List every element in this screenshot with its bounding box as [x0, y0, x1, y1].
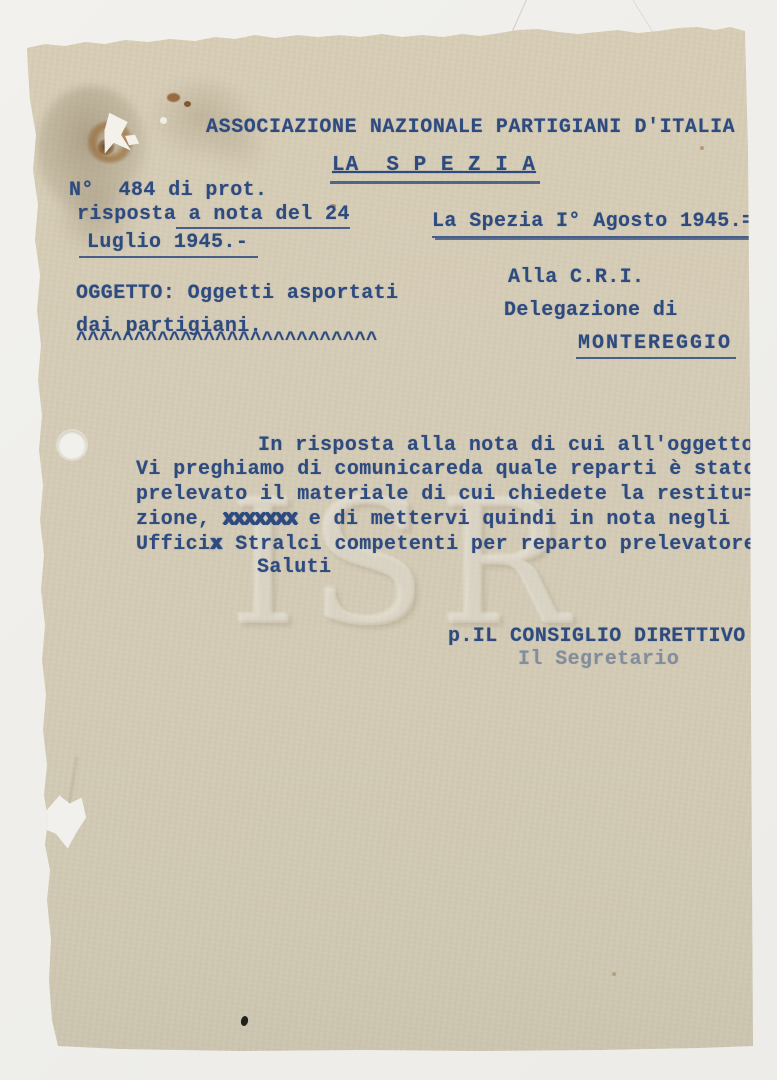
subject-divider: ^^^^^^^^^^^^^^^^^^^^^^^^^^	[76, 331, 378, 350]
signature-line1: p.IL CONSIGLIO DIRETTIVO	[448, 627, 746, 647]
protocol-reference-line2: Luglio 1945.-	[79, 233, 258, 253]
body-line5-post: Stralci competenti per reparto prelevato…	[223, 533, 769, 556]
rust-speck	[167, 93, 180, 102]
body-line2: Vi preghiamo di comunicareda quale repar…	[136, 460, 756, 480]
reference-line2-text: Luglio 1945.-	[79, 231, 258, 258]
protocol-number-line: N° 484 di prot.	[69, 181, 267, 201]
punch-hole	[58, 431, 86, 459]
body-line3: prelevato il materiale di cui chiedete l…	[136, 485, 756, 505]
recipient-line3: MONTEREGGIO	[576, 334, 736, 354]
body-line5-pre: Uffici	[136, 533, 210, 556]
signature-line2: Il Segretario	[518, 650, 679, 670]
date-line: La Spezia I° Agosto 1945.=	[432, 212, 758, 238]
struck-out-word: xxxxxxx	[223, 508, 297, 531]
letterhead-city-text: LA S P E Z I A	[330, 154, 540, 184]
scanned-document: ISR ASSOCIAZIONE NAZIONALE PARTIGIANI D'…	[0, 0, 777, 1080]
letterhead-organization: ASSOCIAZIONE NAZIONALE PARTIGIANI D'ITAL…	[206, 118, 735, 138]
body-line4-post: e di mettervi quindi in nota negli	[296, 508, 730, 531]
ink-dot	[240, 1015, 249, 1026]
rust-speck	[700, 146, 704, 150]
rust-speck	[184, 101, 191, 107]
body-line5: Ufficix Stralci competenti per reparto p…	[136, 535, 769, 555]
body-line4-pre: zione,	[136, 508, 223, 531]
recipient-line1: Alla C.R.I.	[508, 268, 644, 288]
recipient-city-text: MONTEREGGIO	[576, 332, 736, 359]
body-line1: In risposta alla nota di cui all'oggetto	[258, 436, 754, 456]
closing-salutation: Saluti	[257, 558, 331, 578]
letterhead-city: LA S P E Z I A	[330, 155, 540, 176]
recipient-line2: Delegazione di	[504, 301, 678, 321]
tear-hole	[42, 793, 88, 851]
paper-nick	[160, 117, 167, 124]
body-line4: zione, xxxxxxx e di mettervi quindi in n…	[136, 510, 730, 530]
paper-sheet: ISR ASSOCIAZIONE NAZIONALE PARTIGIANI D'…	[0, 0, 777, 1080]
protocol-reference-line: risposta a nota del 24	[77, 205, 350, 225]
rust-speck	[612, 972, 616, 976]
reference-underlined: a nota del 24	[176, 203, 350, 229]
subject-line1: OGGETTO: Oggetti asportati	[76, 284, 398, 304]
reference-pre: risposta	[77, 203, 176, 226]
overstruck-char: x	[210, 533, 222, 556]
